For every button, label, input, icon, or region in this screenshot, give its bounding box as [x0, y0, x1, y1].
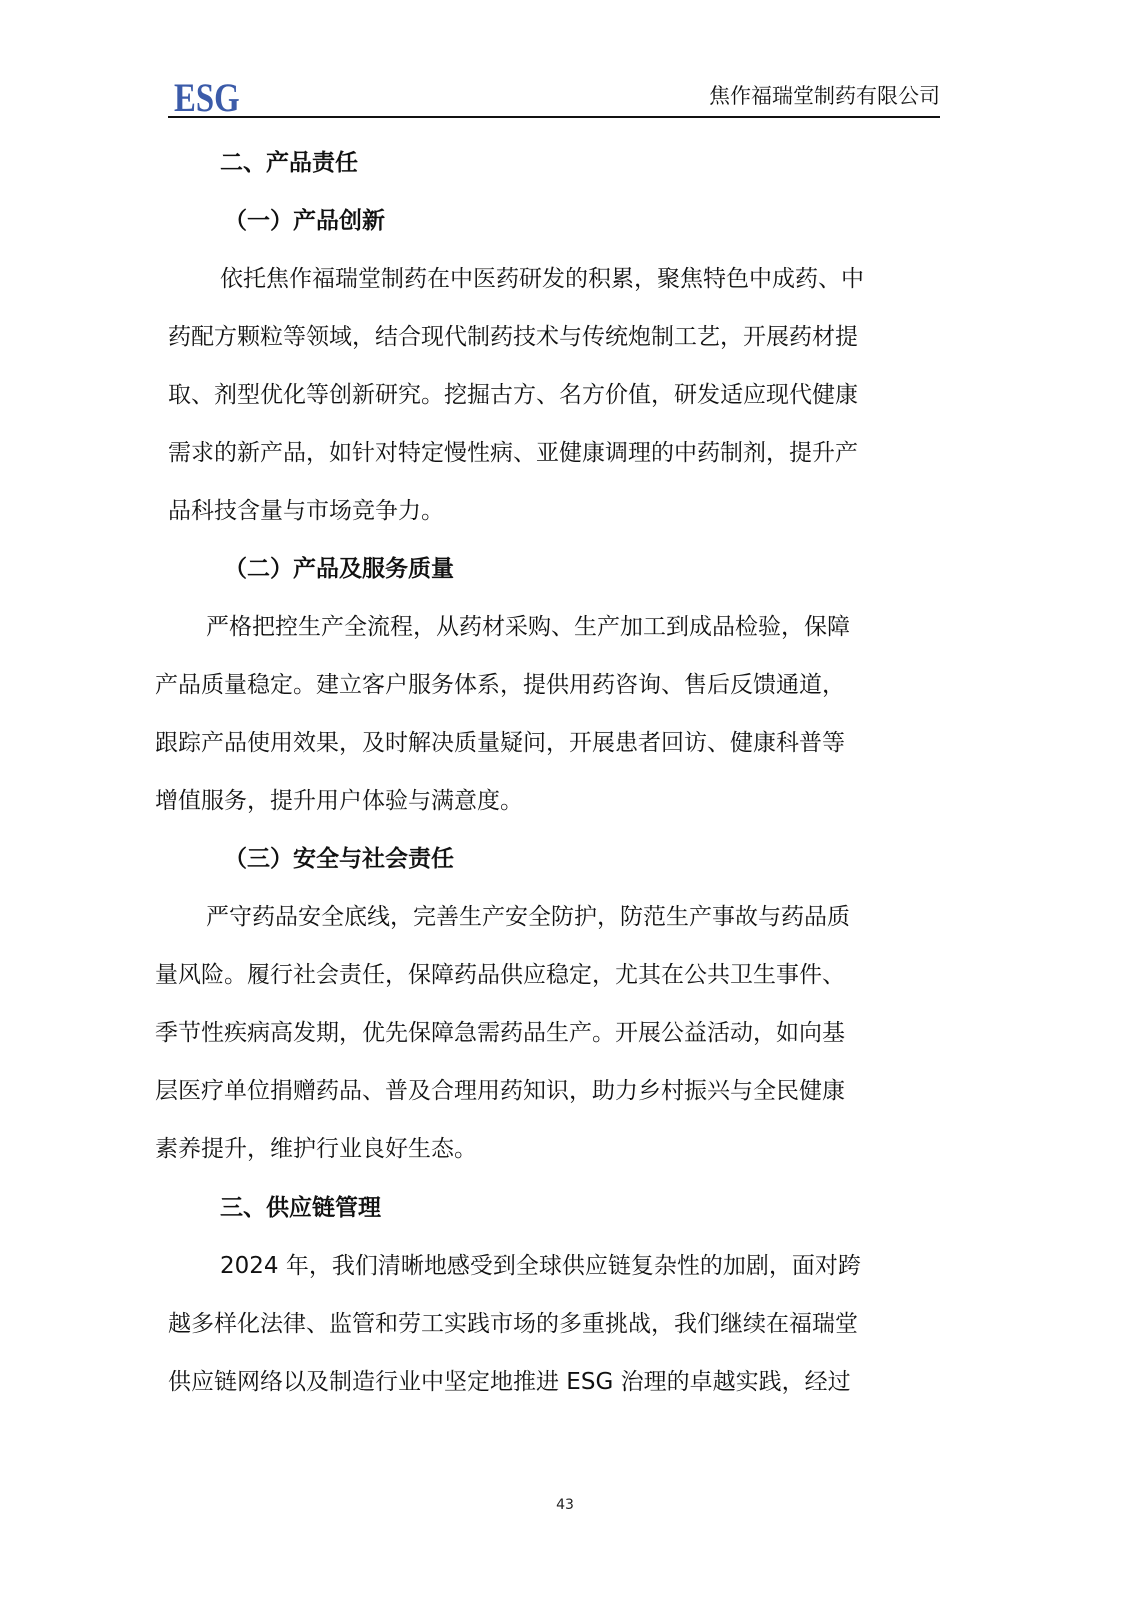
paragraph-line: 2024 年，我们清晰地感受到全球供应链复杂性的加剧，面对跨: [220, 1251, 861, 1281]
paragraph-line: 严格把控生产全流程，从药材采购、生产加工到成品检验，保障: [206, 612, 850, 642]
paragraph-line: 药配方颗粒等领域，结合现代制药技术与传统炮制工艺，开展药材提: [168, 322, 858, 352]
paragraph-line: 品科技含量与市场竞争力。: [168, 496, 444, 526]
paragraph-line: 跟踪产品使用效果，及时解决质量疑问，开展患者回访、健康科普等: [155, 728, 845, 758]
page-number: 43: [0, 1497, 1130, 1513]
paragraph-line: 依托焦作福瑞堂制药在中医药研发的积累，聚焦特色中成药、中: [220, 264, 940, 294]
paragraph-line: 增值服务，提升用户体验与满意度。: [155, 786, 523, 816]
paragraph-line: 越多样化法律、监管和劳工实践市场的多重挑战，我们继续在福瑞堂: [168, 1309, 858, 1339]
paragraph-line: 素养提升，维护行业良好生态。: [155, 1134, 477, 1164]
page-header: ESG 焦作福瑞堂制药有限公司: [168, 74, 940, 118]
subheading-safety-social-responsibility: （三）安全与社会责任: [224, 844, 454, 874]
esg-logo: ESG: [174, 78, 240, 118]
section-heading-supply-chain: 三、供应链管理: [220, 1193, 381, 1223]
paragraph-line: 层医疗单位捐赠药品、普及合理用药知识，助力乡村振兴与全民健康: [155, 1076, 845, 1106]
paragraph-line: 供应链网络以及制造行业中坚定地推进 ESG 治理的卓越实践，经过: [168, 1367, 851, 1397]
subheading-product-service-quality: （二）产品及服务质量: [224, 554, 454, 584]
paragraph-line: 严守药品安全底线，完善生产安全防护，防范生产事故与药品质: [206, 902, 850, 932]
paragraph-line: 取、剂型优化等创新研究。挖掘古方、名方价值，研发适应现代健康: [168, 380, 858, 410]
paragraph-line: 季节性疾病高发期，优先保障急需药品生产。开展公益活动，如向基: [155, 1018, 845, 1048]
paragraph-line: 需求的新产品，如针对特定慢性病、亚健康调理的中药制剂，提升产: [168, 438, 858, 468]
paragraph-line: 量风险。履行社会责任，保障药品供应稳定，尤其在公共卫生事件、: [155, 960, 845, 990]
paragraph-line: 产品质量稳定。建立客户服务体系，提供用药咨询、售后反馈通道，: [155, 670, 845, 700]
subheading-product-innovation: （一）产品创新: [224, 206, 385, 236]
header-rule: [168, 116, 940, 118]
company-name: 焦作福瑞堂制药有限公司: [709, 84, 940, 108]
section-heading-product-responsibility: 二、产品责任: [220, 148, 358, 178]
